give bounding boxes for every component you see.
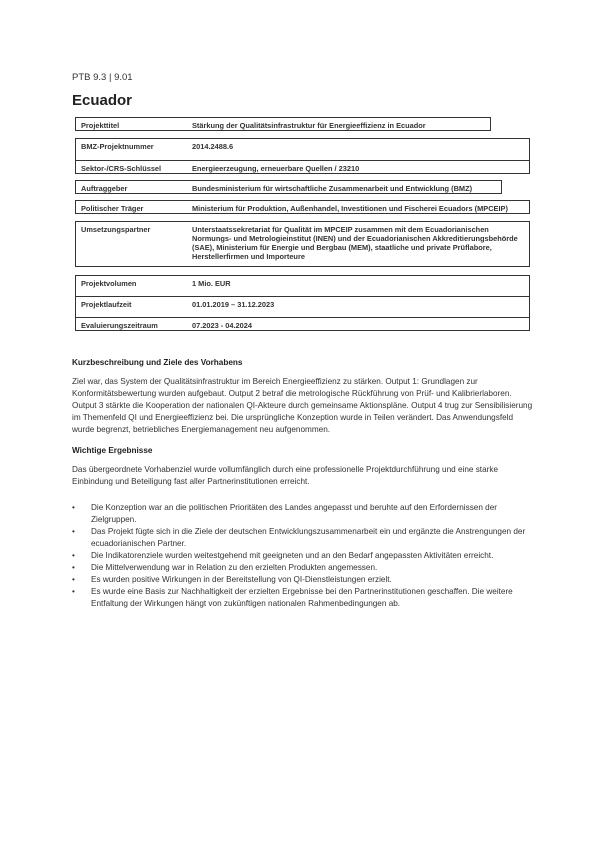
results-heading: Wichtige Ergebnisse — [72, 446, 152, 455]
fact-label: Sektor-/CRS-Schlüssel — [76, 161, 192, 173]
list-item: •Die Mittelverwendung war in Relation zu… — [72, 562, 534, 574]
fact-box-budget-duration: Projektvolumen 1 Mio. EUR Projektlaufzei… — [75, 275, 530, 331]
fact-value: Unterstaatssekretariat für Qualität im M… — [192, 222, 529, 266]
fact-label: BMZ-Projektnummer — [76, 139, 192, 160]
document-reference: PTB 9.3 | 9.01 — [72, 72, 133, 83]
fact-row: Evaluierungszeitraum 07.2023 - 04.2024 — [76, 317, 529, 330]
fact-value: Energieerzeugung, erneuerbare Quellen / … — [192, 161, 529, 173]
fact-box-political-partner: Politischer Träger Ministerium für Produ… — [75, 200, 530, 214]
fact-row: Projekttitel Stärkung der Qualitätsinfra… — [76, 118, 490, 130]
bullet-icon: • — [72, 586, 75, 598]
list-item-text: Es wurde eine Basis zur Nachhaltigkeit d… — [91, 587, 513, 608]
list-item-text: Die Mittelverwendung war in Relation zu … — [91, 563, 377, 572]
fact-label: Projektlaufzeit — [76, 297, 192, 317]
page-title: Ecuador — [72, 92, 132, 109]
fact-label: Umsetzungspartner — [76, 222, 192, 266]
fact-box-client: Auftraggeber Bundesministerium für wirts… — [75, 180, 502, 194]
bullet-icon: • — [72, 562, 75, 574]
summary-text: Ziel war, das System der Qualitätsinfras… — [72, 376, 534, 436]
fact-value: Ministerium für Produktion, Außenhandel,… — [192, 201, 529, 213]
bullet-icon: • — [72, 526, 75, 538]
fact-value: Bundesministerium für wirtschaftliche Zu… — [192, 181, 501, 193]
fact-box-project-title: Projekttitel Stärkung der Qualitätsinfra… — [75, 117, 491, 131]
bullet-icon: • — [72, 550, 75, 562]
fact-label: Evaluierungszeitraum — [76, 318, 192, 330]
fact-label: Auftraggeber — [76, 181, 192, 193]
list-item-text: Die Konzeption war an die politischen Pr… — [91, 503, 497, 524]
fact-row: Umsetzungspartner Unterstaatssekretariat… — [76, 222, 529, 266]
list-item: •Das Projekt fügte sich in die Ziele der… — [72, 526, 534, 550]
fact-row: Sektor-/CRS-Schlüssel Energieerzeugung, … — [76, 160, 529, 173]
list-item: •Die Konzeption war an die politischen P… — [72, 502, 534, 526]
summary-heading: Kurzbeschreibung und Ziele des Vorhabens — [72, 358, 242, 367]
list-item-text: Es wurden positive Wirkungen in der Bere… — [91, 575, 392, 584]
list-item: •Die Indikatorenziele wurden weitestgehe… — [72, 550, 534, 562]
fact-value: 1 Mio. EUR — [192, 276, 529, 296]
list-item: •Es wurden positive Wirkungen in der Ber… — [72, 574, 534, 586]
fact-label: Projekttitel — [76, 118, 192, 130]
fact-value: 07.2023 - 04.2024 — [192, 318, 529, 330]
fact-label: Projektvolumen — [76, 276, 192, 296]
list-item: •Es wurde eine Basis zur Nachhaltigkeit … — [72, 586, 534, 610]
list-item-text: Die Indikatorenziele wurden weitestgehen… — [91, 551, 493, 560]
fact-box-implementing-partner: Umsetzungspartner Unterstaatssekretariat… — [75, 221, 530, 267]
fact-row: Projektlaufzeit 01.01.2019 – 31.12.2023 — [76, 296, 529, 317]
list-item-text: Das Projekt fügte sich in die Ziele der … — [91, 527, 525, 548]
fact-box-bmz: BMZ-Projektnummer 2014.2488.6 Sektor-/CR… — [75, 138, 530, 174]
fact-row: Auftraggeber Bundesministerium für wirts… — [76, 181, 501, 193]
fact-row: Politischer Träger Ministerium für Produ… — [76, 201, 529, 213]
fact-row: Projektvolumen 1 Mio. EUR — [76, 276, 529, 296]
fact-row: BMZ-Projektnummer 2014.2488.6 — [76, 139, 529, 160]
bullet-icon: • — [72, 502, 75, 514]
fact-label: Politischer Träger — [76, 201, 192, 213]
bullet-icon: • — [72, 574, 75, 586]
results-intro: Das übergeordnete Vorhabenziel wurde vol… — [72, 464, 534, 488]
results-list: •Die Konzeption war an die politischen P… — [72, 502, 534, 610]
fact-value: 2014.2488.6 — [192, 139, 529, 160]
fact-value: Stärkung der Qualitätsinfrastruktur für … — [192, 118, 490, 130]
fact-value: 01.01.2019 – 31.12.2023 — [192, 297, 529, 317]
